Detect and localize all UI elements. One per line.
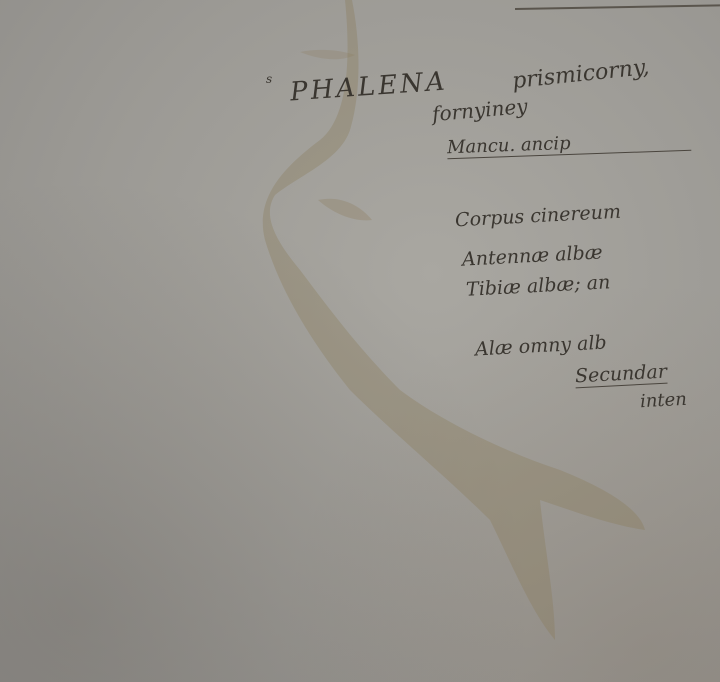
line-8: Secundar <box>574 361 667 389</box>
line-9: inten <box>639 389 687 412</box>
entry-marker: s <box>266 72 272 86</box>
